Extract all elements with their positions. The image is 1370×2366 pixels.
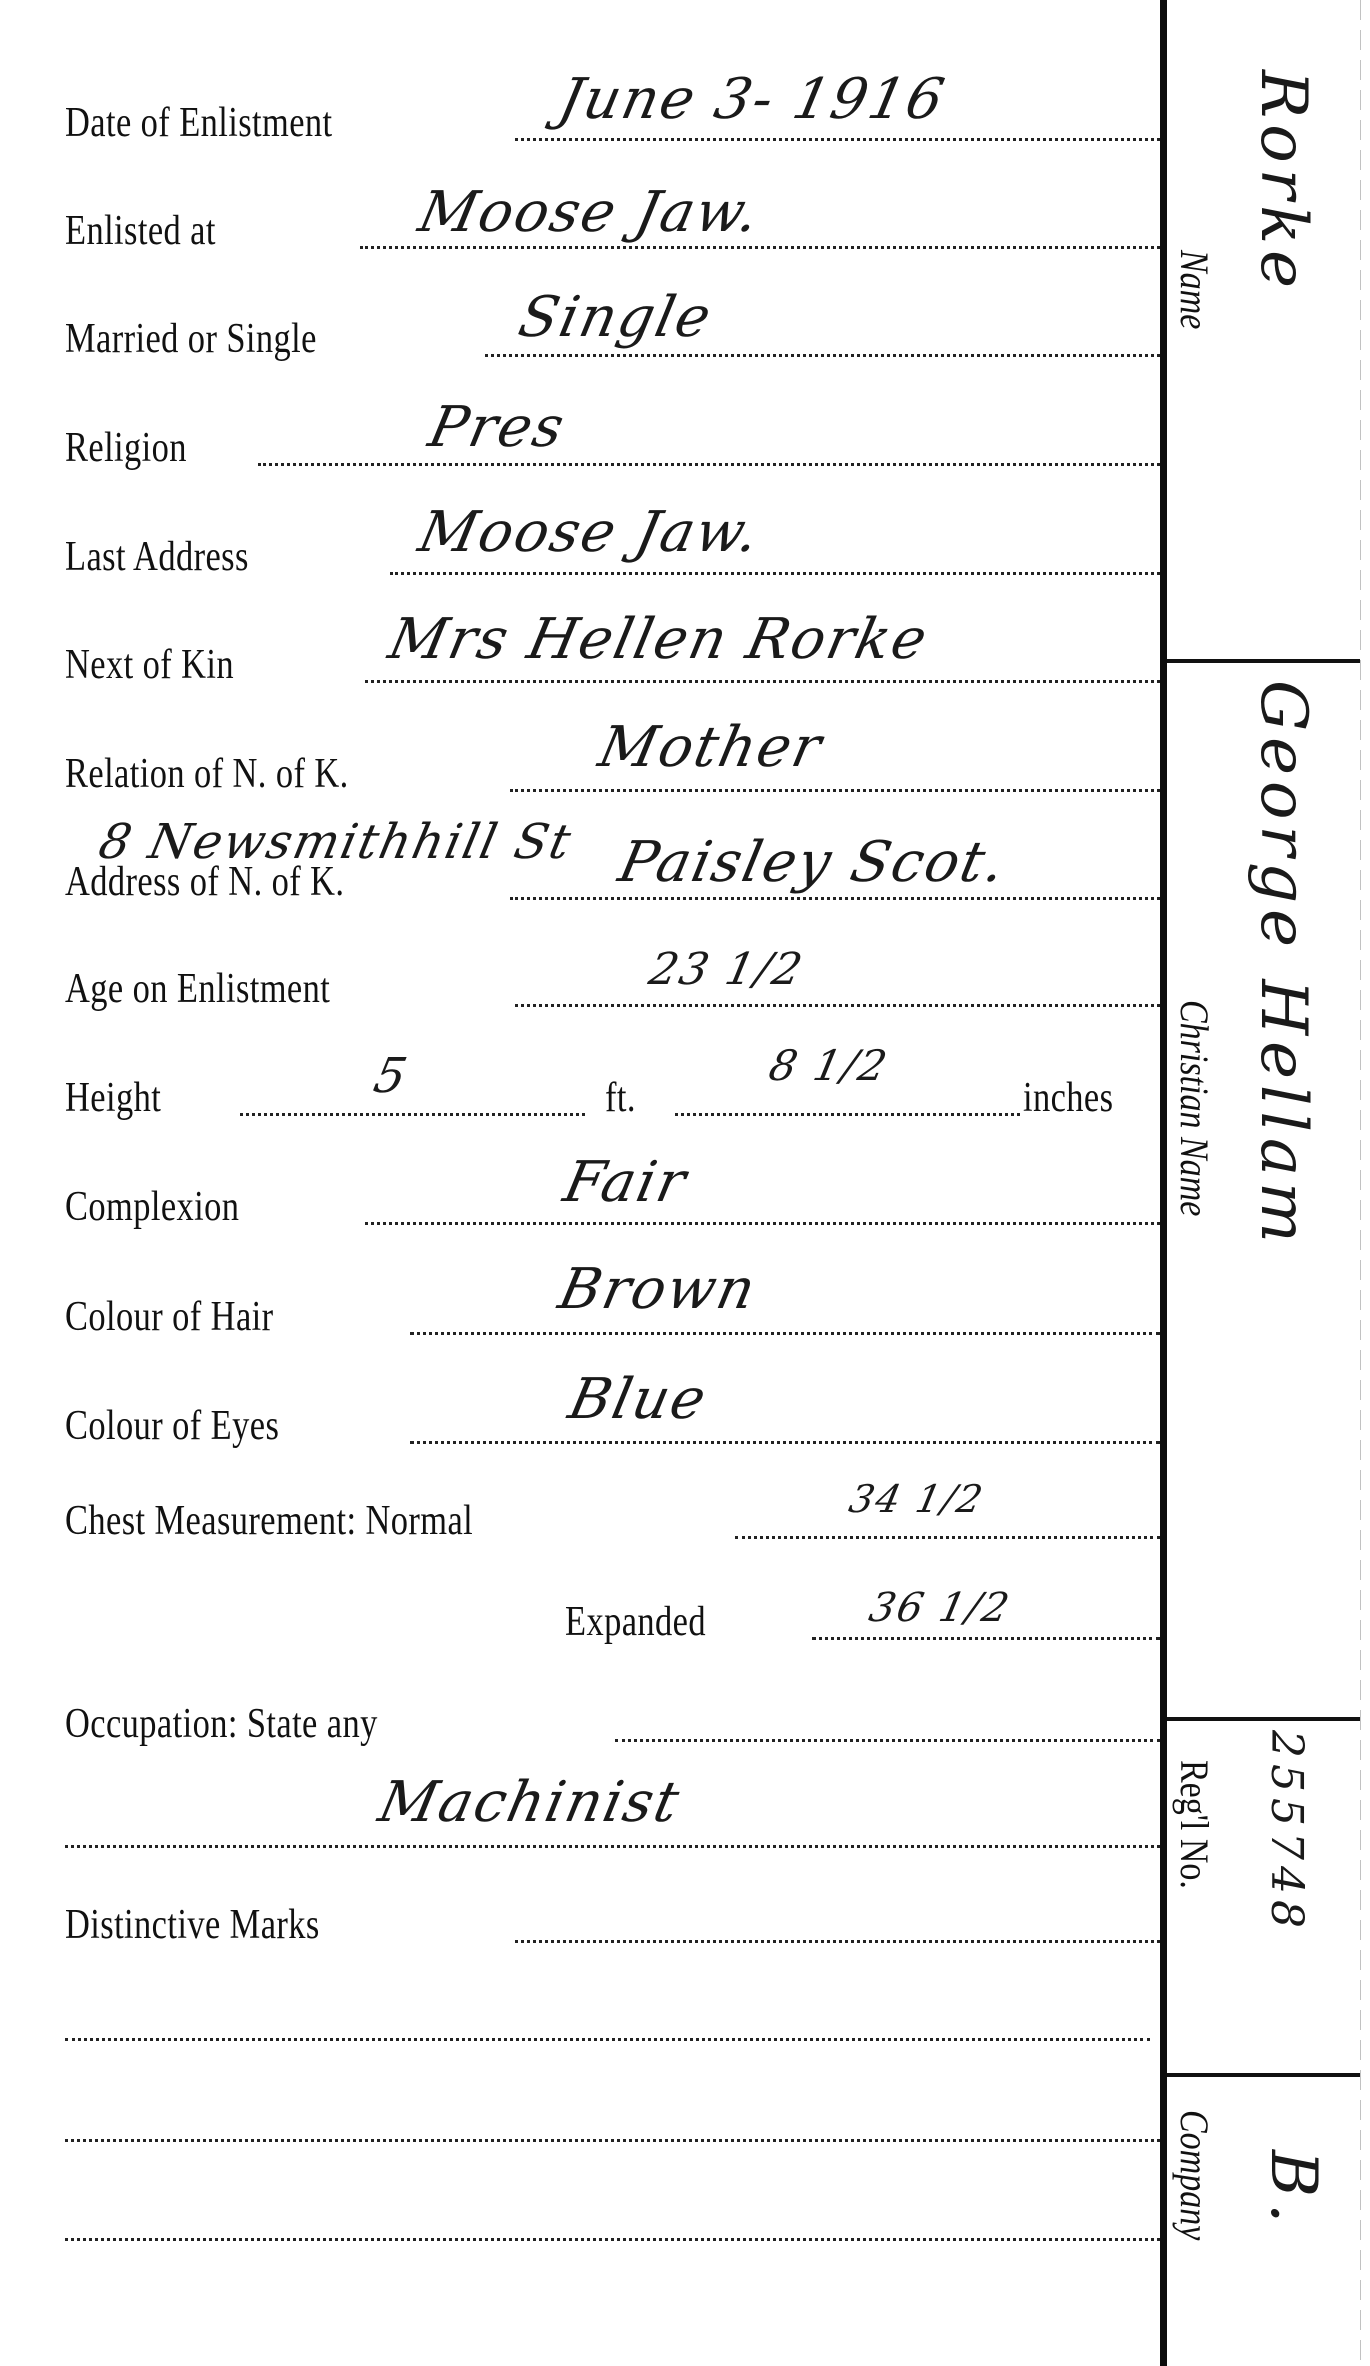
height-inches-line bbox=[675, 1113, 1020, 1116]
regl-no-value: 255748 bbox=[1261, 1730, 1312, 1934]
age-on-enlistment-value: 23 1/2 bbox=[645, 948, 807, 992]
occupation-line-2 bbox=[65, 1845, 1160, 1848]
enlisted-at-value: Moose Jaw. bbox=[414, 185, 765, 241]
occupation-line bbox=[615, 1739, 1160, 1742]
relation-nok-line bbox=[510, 789, 1160, 792]
last-address-label: Last Address bbox=[65, 536, 249, 578]
last-address-line bbox=[390, 572, 1160, 575]
religion-value: Pres bbox=[424, 400, 570, 456]
chest-normal-value: 34 1/2 bbox=[846, 1480, 988, 1518]
colour-of-eyes-value: Blue bbox=[564, 1372, 712, 1428]
distinctive-marks-line bbox=[515, 1940, 1160, 1943]
name-divider bbox=[1167, 659, 1360, 663]
height-inches-value: 8 1/2 bbox=[766, 1045, 893, 1087]
edge-line bbox=[1360, 0, 1361, 2366]
religion-line bbox=[258, 463, 1160, 466]
height-label: Height bbox=[65, 1077, 161, 1119]
married-or-single-label: Married or Single bbox=[65, 318, 317, 360]
christian-name-divider bbox=[1167, 1717, 1360, 1721]
colour-of-hair-value: Brown bbox=[554, 1262, 762, 1318]
last-address-value: Moose Jaw. bbox=[414, 505, 765, 561]
chest-normal-label: Chest Measurement: Normal bbox=[65, 1500, 473, 1542]
distinctive-marks-line-3 bbox=[65, 2139, 1160, 2142]
distinctive-marks-label: Distinctive Marks bbox=[65, 1904, 320, 1946]
regl-no-divider bbox=[1167, 2073, 1360, 2077]
relation-nok-label: Relation of N. of K. bbox=[65, 753, 349, 795]
colour-of-eyes-line bbox=[410, 1441, 1160, 1444]
chest-expanded-label: Expanded bbox=[565, 1601, 706, 1643]
complexion-value: Fair bbox=[559, 1155, 692, 1211]
company-value: B. bbox=[1256, 2150, 1330, 2229]
christian-name-value: George Hellam bbox=[1246, 680, 1320, 1249]
occupation-label: Occupation: State any bbox=[65, 1703, 378, 1745]
complexion-line bbox=[365, 1222, 1160, 1225]
complexion-label: Complexion bbox=[65, 1186, 239, 1228]
address-nok-line bbox=[510, 897, 1160, 900]
distinctive-marks-line-2 bbox=[65, 2038, 1150, 2041]
chest-normal-line bbox=[735, 1536, 1160, 1539]
enlisted-at-label: Enlisted at bbox=[65, 210, 216, 252]
age-on-enlistment-label: Age on Enlistment bbox=[65, 968, 330, 1010]
next-of-kin-label: Next of Kin bbox=[65, 644, 234, 686]
colour-of-eyes-label: Colour of Eyes bbox=[65, 1405, 279, 1447]
next-of-kin-line bbox=[365, 680, 1160, 683]
relation-nok-value: Mother bbox=[594, 720, 827, 776]
column-divider bbox=[1160, 0, 1167, 2366]
name-label: Name bbox=[1171, 250, 1218, 329]
address-nok-label: Address of N. of K. bbox=[65, 861, 344, 903]
date-of-enlistment-value: June 3- 1916 bbox=[554, 72, 950, 128]
married-or-single-line bbox=[485, 354, 1160, 357]
distinctive-marks-line-4 bbox=[65, 2238, 1160, 2241]
married-or-single-value: Single bbox=[514, 290, 717, 346]
next-of-kin-value: Mrs Hellen Rorke bbox=[384, 612, 933, 668]
age-on-enlistment-line bbox=[515, 1004, 1160, 1007]
height-inches-unit: inches bbox=[1023, 1077, 1113, 1119]
date-of-enlistment-label: Date of Enlistment bbox=[65, 102, 333, 144]
height-feet-line bbox=[240, 1113, 585, 1116]
height-feet-unit: ft. bbox=[605, 1077, 636, 1119]
regl-no-label: Reg'l No. bbox=[1171, 1760, 1218, 1889]
enlisted-at-line bbox=[360, 246, 1160, 249]
religion-label: Religion bbox=[65, 427, 187, 469]
name-value: Rorke bbox=[1246, 70, 1320, 294]
address-nok-value: Paisley Scot. bbox=[614, 835, 1011, 891]
chest-expanded-line bbox=[812, 1637, 1160, 1640]
company-label: Company bbox=[1171, 2110, 1218, 2240]
height-feet-value: 5 bbox=[370, 1052, 413, 1100]
colour-of-hair-line bbox=[410, 1332, 1160, 1335]
date-of-enlistment-line bbox=[515, 138, 1160, 141]
colour-of-hair-label: Colour of Hair bbox=[65, 1296, 274, 1338]
christian-name-label: Christian Name bbox=[1171, 1000, 1218, 1216]
chest-expanded-value: 36 1/2 bbox=[866, 1588, 1015, 1628]
occupation-value: Machinist bbox=[374, 1775, 685, 1831]
